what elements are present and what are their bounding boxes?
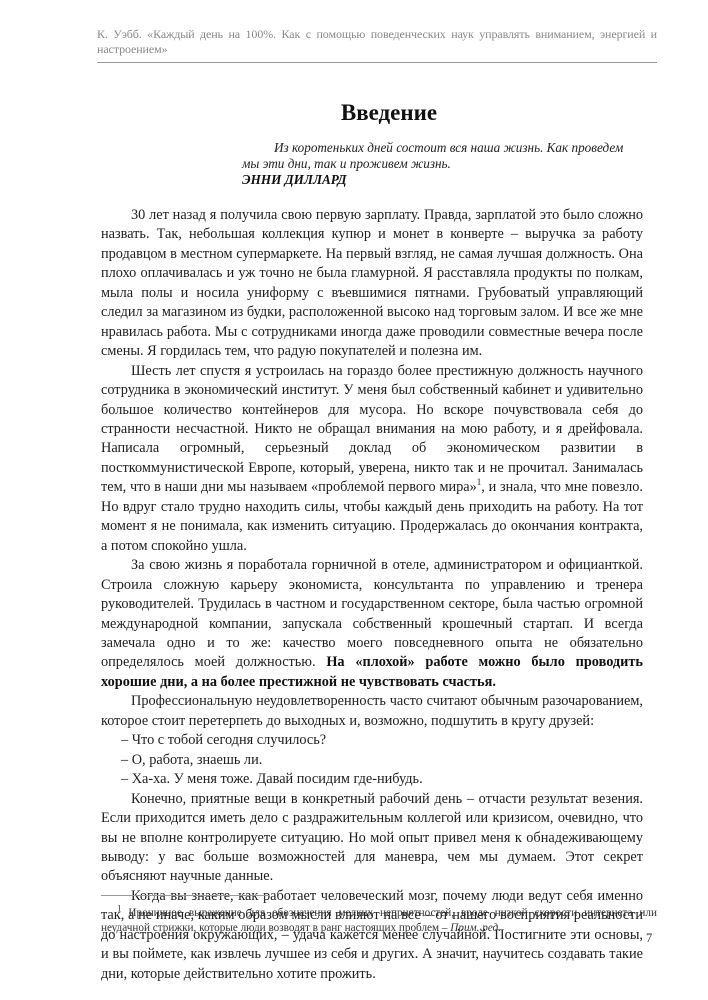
footnote-text: 1 Ироничное выражение для обозначения ме… [101,906,657,936]
running-header: К. Уэбб. «Каждый день на 100%. Как с пом… [97,27,657,57]
chapter-title: Введение [0,100,708,126]
body-text: 30 лет назад я получила свою первую зарп… [101,206,643,984]
footnote: 1 Ироничное выражение для обозначения ме… [101,906,657,936]
paragraph: Профессиональную неудовлетворенность час… [101,692,643,731]
footnote-divider [101,895,269,896]
footnote-body: Ироничное выражение для обозначения мелк… [101,907,657,934]
paragraph-text: Шесть лет спустя я устроилась на гораздо… [101,363,643,496]
page-number: 7 [646,931,652,946]
paragraph: 30 лет назад я получила свою первую зарп… [101,206,643,362]
paragraph: Шесть лет спустя я устроилась на гораздо… [101,362,643,557]
editor-note: Прим. ред. [450,922,501,934]
epigraph-author: ЭННИ ДИЛЛАРД [242,172,642,188]
dialog-line: – О, работа, знаешь ли. [101,751,643,770]
paragraph: За свою жизнь я поработала горничной в о… [101,556,643,692]
paragraph: Конечно, приятные вещи в конкретный рабо… [101,790,643,887]
epigraph-quote: Из коротеньких дней состоит вся наша жиз… [242,140,642,172]
header-divider [97,62,657,63]
dialog-line: – Ха-ха. У меня тоже. Давай посидим где-… [101,770,643,789]
epigraph: Из коротеньких дней состоит вся наша жиз… [242,140,642,188]
dialog-line: – Что с тобой сегодня случилось? [101,731,643,750]
